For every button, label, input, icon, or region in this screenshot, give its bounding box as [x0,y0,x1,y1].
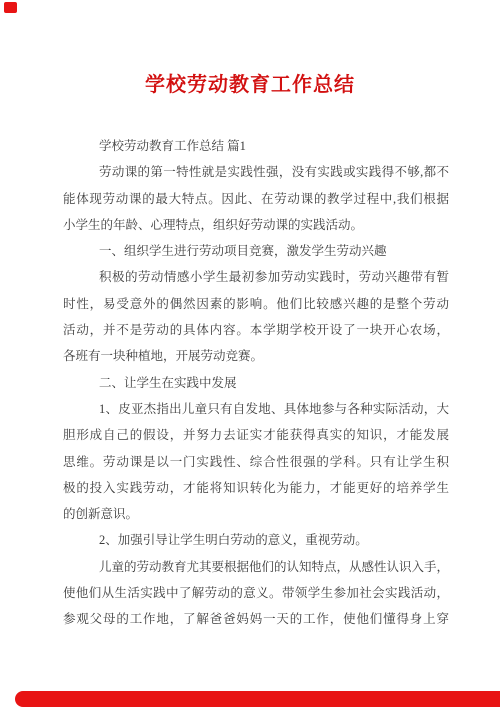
text-line: 思维。劳动课是以一门实践性、综合性很强的学科。只有让学生积 [63,449,449,475]
red-corner-mark [4,2,17,13]
text-line: 极的投入实践劳动，才能将知识转化为能力，才能更好的培养学生 [63,475,449,501]
text-line: 能体现劳动课的最大特点。因此、在劳动课的教学过程中,我们根据 [63,186,449,212]
text-line: 小学生的年龄、心理特点，组织好劳动课的实践活动。 [63,212,449,238]
text-line: 胆形成自己的假设，并努力去证实才能获得真实的知识，才能发展 [63,422,449,448]
text-line: 劳动课的第一特性就是实践性强，没有实践或实践得不够,都不 [63,159,449,185]
text-line: 参观父母的工作地，了解爸爸妈妈一天的工作，使他们懂得身上穿 [63,606,449,632]
document-page: 学校劳动教育工作总结 学校劳动教育工作总结 篇1 劳动课的第一特性就是实践性强，… [0,0,500,707]
text-line: 的创新意识。 [63,501,449,527]
text-line: 活动，并不是劳动的具体内容。本学期学校开设了一块开心农场， [63,317,449,343]
text-line: 积极的劳动情感小学生最初参加劳动实践时，劳动兴趣带有暂 [63,264,449,290]
text-line: 2、加强引导让学生明白劳动的意义，重视劳动。 [63,527,449,553]
document-title: 学校劳动教育工作总结 [0,71,500,99]
text-line: 学校劳动教育工作总结 篇1 [63,133,449,159]
text-line: 一、组织学生进行劳动项目竞赛，激发学生劳动兴趣 [63,238,449,264]
text-line: 儿童的劳动教育尤其要根据他们的认知特点，从感性认识入手， [63,554,449,580]
text-line: 各班有一块种植地，开展劳动竞赛。 [63,343,449,369]
text-line: 二、让学生在实践中发展 [63,370,449,396]
text-line: 时性，易受意外的偶然因素的影响。他们比较感兴趣的是整个劳动 [63,291,449,317]
text-line: 使他们从生活实践中了解劳动的意义。带领学生参加社会实践活动， [63,580,449,606]
document-body: 学校劳动教育工作总结 篇1 劳动课的第一特性就是实践性强，没有实践或实践得不够,… [63,133,449,633]
text-line: 1、皮亚杰指出儿童只有自发地、具体地参与各种实际活动，大 [63,396,449,422]
red-bottom-bar [15,691,500,707]
